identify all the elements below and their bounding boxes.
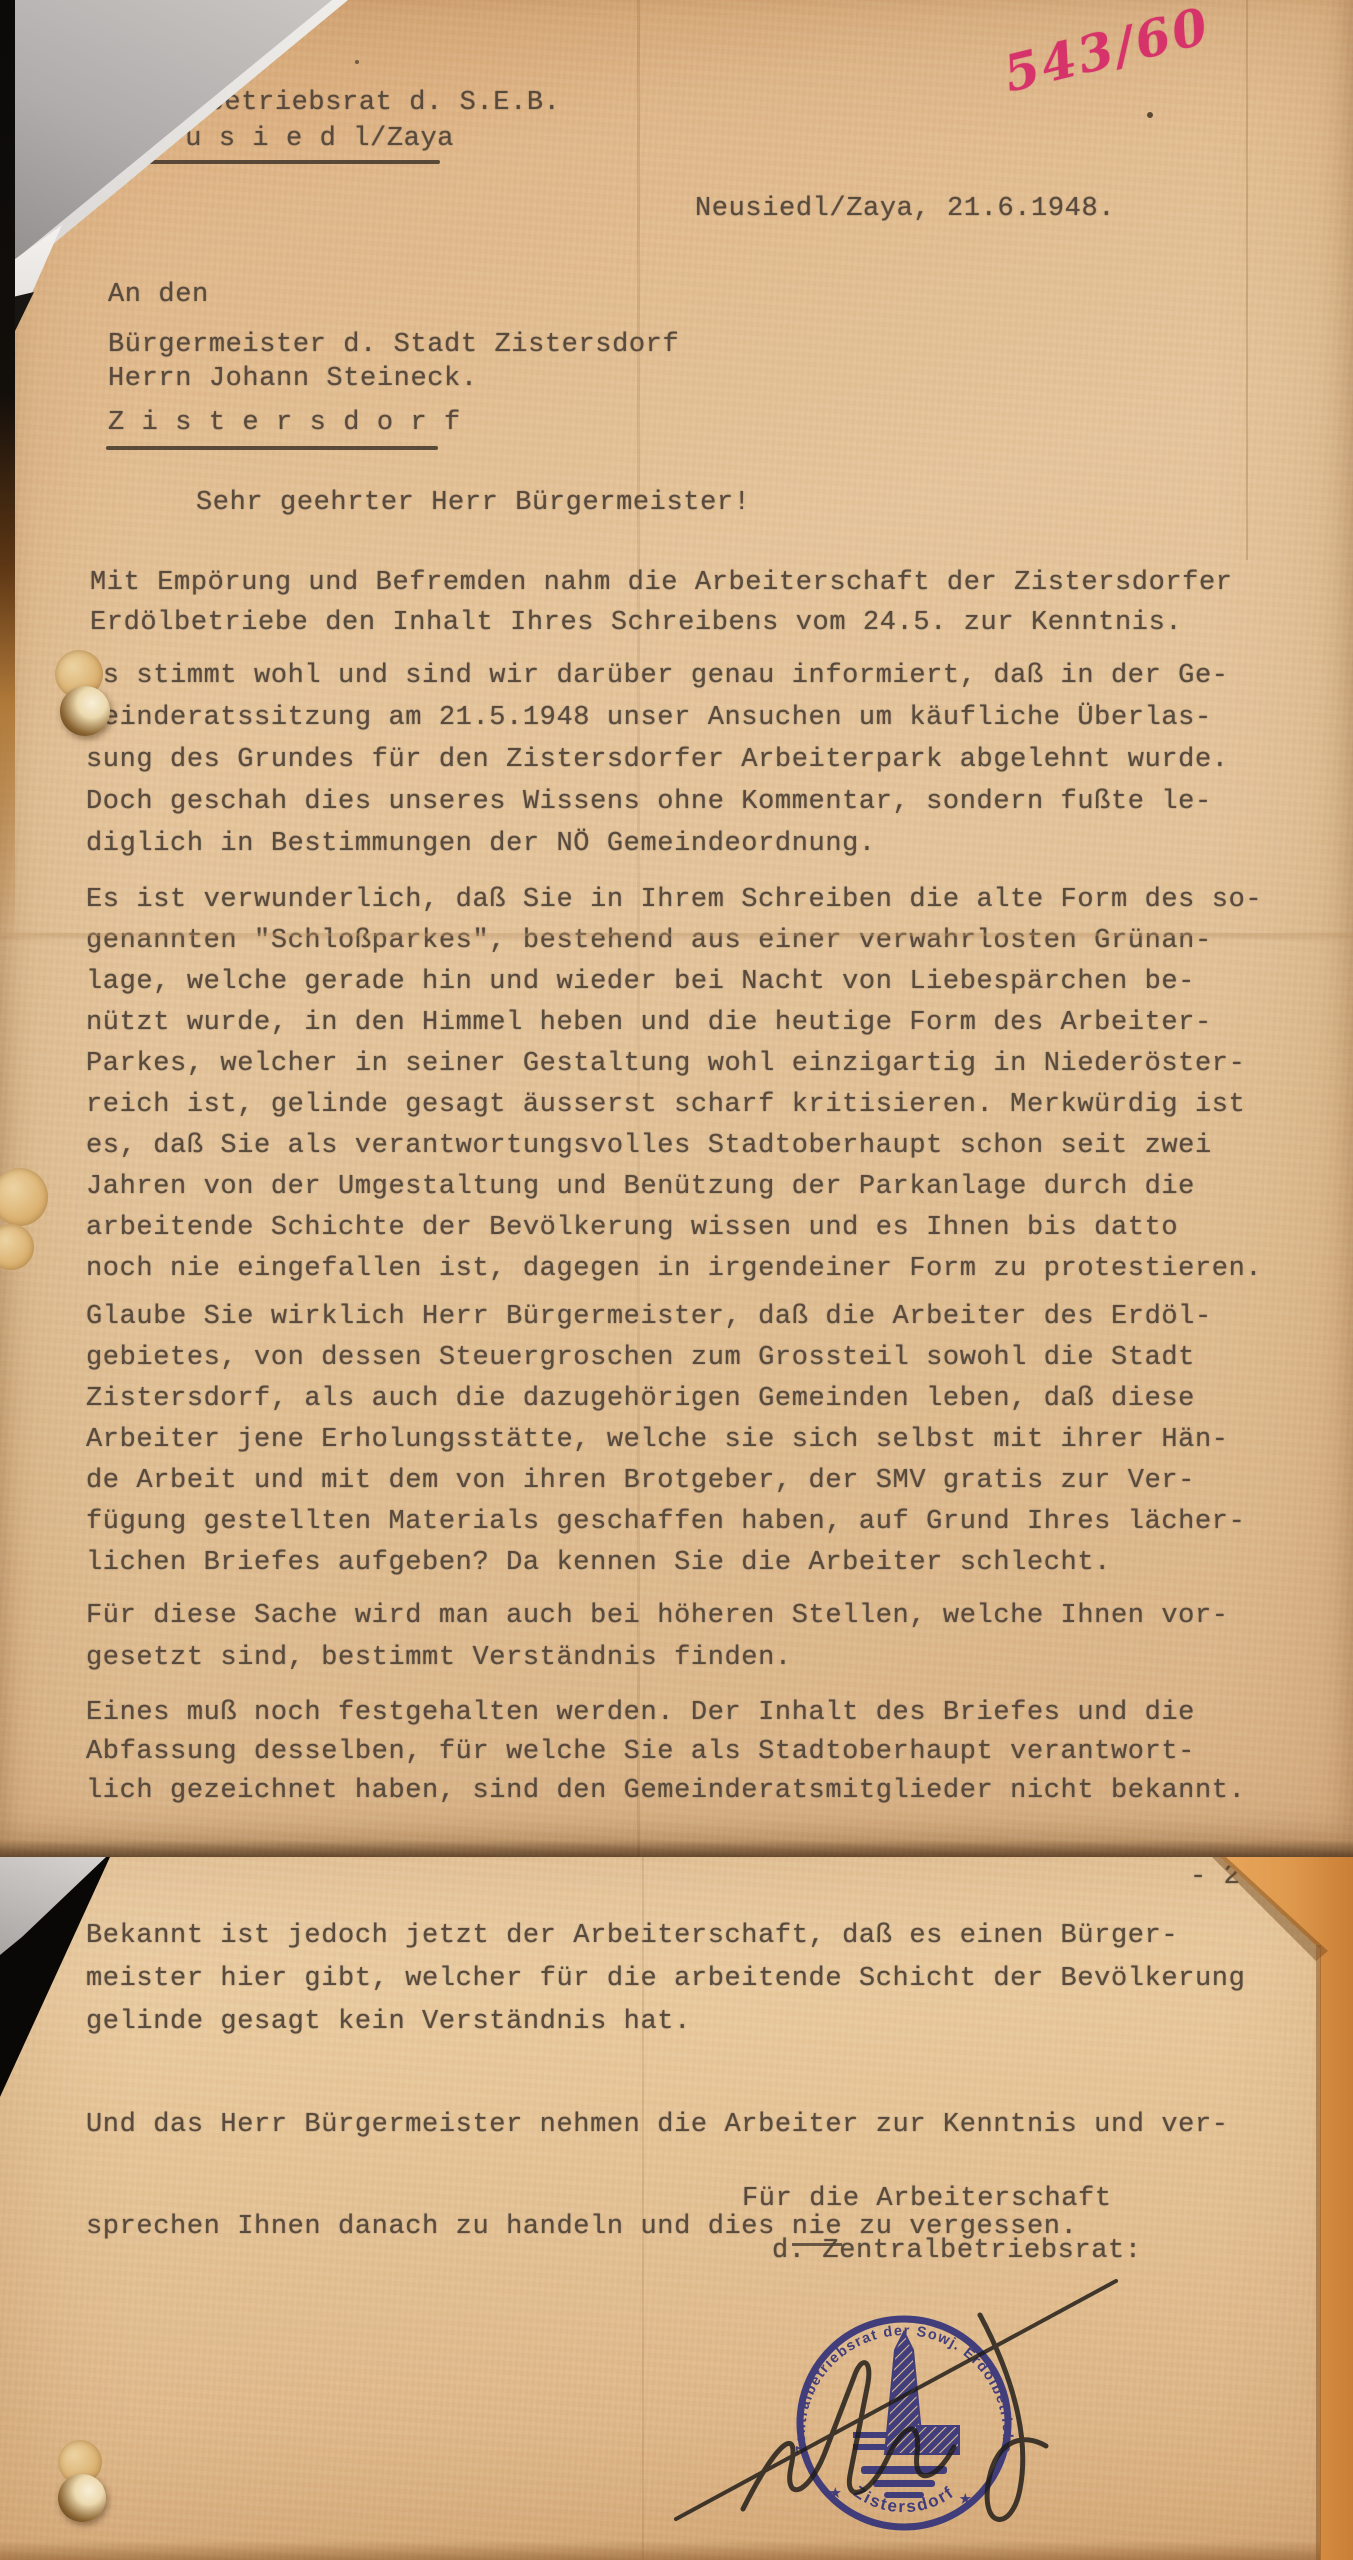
typed-line: gelinde gesagt kein Verständnis hat. bbox=[86, 2001, 1245, 2044]
punch-hole bbox=[0, 1224, 34, 1270]
right-crease bbox=[1246, 0, 1248, 560]
typed-line: diglich in Bestimmungen der NÖ Gemeindeo… bbox=[86, 823, 1229, 865]
typed-line: Parkes, welcher in seiner Gestaltung woh… bbox=[86, 1044, 1262, 1085]
typed-line: lichen Briefes aufgeben? Da kennen Sie d… bbox=[86, 1543, 1245, 1584]
page2-right-edge-line bbox=[1316, 1945, 1321, 2560]
punch-hole bbox=[0, 1168, 48, 1226]
letter-page-2: - 2 - Bekannt ist jedoch jetzt der Arbei… bbox=[0, 1857, 1353, 2560]
letter-page-1: Zentralbetriebsrat d. S.E.B. N e u s i e… bbox=[0, 0, 1353, 1857]
typed-line: Bekannt ist jedoch jetzt der Arbeitersch… bbox=[86, 1915, 1245, 1958]
typed-line: de Arbeit und mit dem von ihren Brotgebe… bbox=[86, 1461, 1245, 1502]
typed-line: sung des Grundes für den Zistersdorfer A… bbox=[86, 739, 1229, 781]
paragraph-6: Eines muß noch festgehalten werden. Der … bbox=[86, 1694, 1245, 1811]
typed-line: fügung gestellten Materials geschaffen h… bbox=[86, 1502, 1245, 1543]
typed-line: Es ist verwunderlich, daß Sie in Ihrem S… bbox=[86, 880, 1262, 921]
paper-speck bbox=[355, 60, 359, 64]
page2-bottom-shadow bbox=[0, 2541, 1353, 2560]
typed-line: Abfassung desselben, für welche Sie als … bbox=[86, 1733, 1245, 1772]
typed-line: Es stimmt wohl und sind wir darüber gena… bbox=[86, 655, 1229, 697]
line-segment: sprechen Ihnen danach zu handeln und die… bbox=[86, 2212, 792, 2242]
paragraph-7: Bekannt ist jedoch jetzt der Arbeitersch… bbox=[86, 1915, 1245, 2044]
paragraph-3: Es ist verwunderlich, daß Sie in Ihrem S… bbox=[86, 880, 1262, 1290]
paragraph-5: Für diese Sache wird man auch bei höhere… bbox=[86, 1595, 1229, 1679]
vertical-fold-crease bbox=[637, 0, 640, 1857]
typed-line: genannten "Schloßparkes", bestehend aus … bbox=[86, 921, 1262, 962]
paragraph-2: Es stimmt wohl und sind wir darüber gena… bbox=[86, 655, 1229, 865]
typed-line: noch nie eingefallen ist, dagegen in irg… bbox=[86, 1249, 1262, 1290]
typed-line: arbeitende Schichte der Bevölkerung wiss… bbox=[86, 1208, 1262, 1249]
typed-line: Zistersdorf, als auch die dazugehörigen … bbox=[86, 1379, 1245, 1420]
typed-line: es, daß Sie als verantwortungsvolles Sta… bbox=[86, 1126, 1262, 1167]
dateline: Neusiedl/Zaya, 21.6.1948. bbox=[695, 194, 1115, 224]
recipient-city: Z i s t e r s d o r f bbox=[108, 408, 461, 438]
typed-line: reich ist, gelinde gesagt äusserst schar… bbox=[86, 1085, 1262, 1126]
paragraph-1: Mit Empörung und Befremden nahm die Arbe… bbox=[90, 563, 1233, 643]
horizontal-fold-crease bbox=[0, 933, 1353, 936]
typed-line: lage, welche gerade hin und wieder bei N… bbox=[86, 962, 1262, 1003]
typed-line: Arbeiter jene Erholungsstätte, welche si… bbox=[86, 1420, 1245, 1461]
recipient-name: Herrn Johann Steineck. bbox=[108, 364, 478, 394]
page-left-edge-shadow bbox=[0, 0, 15, 980]
paragraph-4: Glaube Sie wirklich Herr Bürgermeister, … bbox=[86, 1297, 1245, 1584]
typed-line: nützt wurde, in den Himmel heben und die… bbox=[86, 1003, 1262, 1044]
typed-line: lich gezeichnet haben, sind den Gemeinde… bbox=[86, 1772, 1245, 1811]
recipient-an-den: An den bbox=[108, 280, 209, 310]
paper-speck bbox=[1147, 112, 1153, 118]
typed-line: meister hier gibt, welcher für die arbei… bbox=[86, 1958, 1245, 2001]
recipient-city-underline bbox=[106, 446, 438, 450]
typed-line: Jahren von der Umgestaltung und Benützun… bbox=[86, 1167, 1262, 1208]
salutation: Sehr geehrter Herr Bürgermeister! bbox=[196, 488, 751, 518]
vertical-fold-crease bbox=[642, 1857, 644, 2560]
typed-line: Und das Herr Bürgermeister nehmen die Ar… bbox=[86, 2104, 1229, 2146]
typed-line: meinderatssitzung am 21.5.1948 unser Ans… bbox=[86, 697, 1229, 739]
paper-fastener bbox=[58, 2474, 106, 2522]
typed-line: Glaube Sie wirklich Herr Bürgermeister, … bbox=[86, 1297, 1245, 1338]
typed-line: Erdölbetriebe den Inhalt Ihres Schreiben… bbox=[90, 603, 1233, 643]
handwritten-signature bbox=[648, 2257, 1148, 2557]
scanned-letter: Zentralbetriebsrat d. S.E.B. N e u s i e… bbox=[0, 0, 1353, 2560]
recipient-title: Bürgermeister d. Stadt Zistersdorf bbox=[108, 330, 679, 360]
typed-line: gebietes, von dessen Steuergroschen zum … bbox=[86, 1338, 1245, 1379]
typed-line: Eines muß noch festgehalten werden. Der … bbox=[86, 1694, 1245, 1733]
paper-fastener bbox=[60, 686, 110, 736]
typed-line: Für diese Sache wird man auch bei höhere… bbox=[86, 1595, 1229, 1637]
page1-bottom-shadow bbox=[0, 1840, 1353, 1857]
typed-line: Doch geschah dies unseres Wissens ohne K… bbox=[86, 781, 1229, 823]
typed-line: gesetzt sind, bestimmt Verständnis finde… bbox=[86, 1637, 1229, 1679]
typed-line: Mit Empörung und Befremden nahm die Arbe… bbox=[90, 563, 1233, 603]
closing-for-workers: Für die Arbeiterschaft bbox=[742, 2184, 1112, 2214]
